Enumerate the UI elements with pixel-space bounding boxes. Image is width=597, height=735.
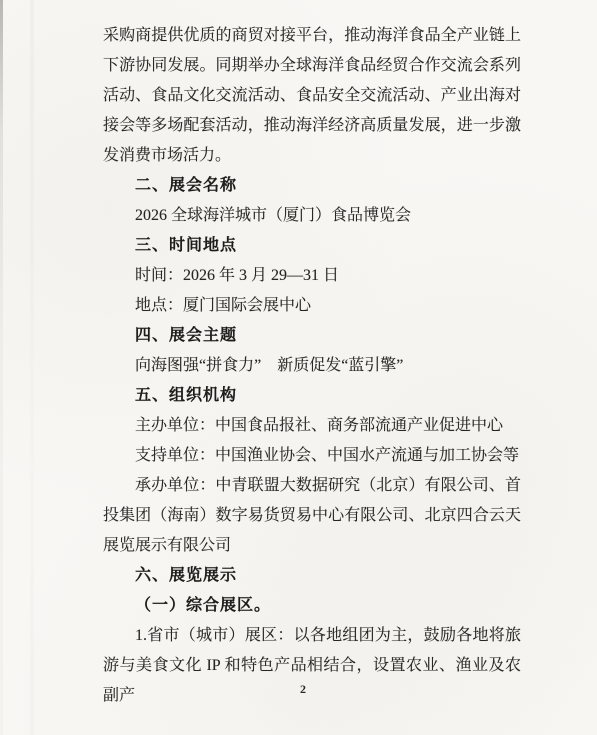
exhibition-name-line: 2026 全球海洋城市（厦门）食品博览会 xyxy=(103,201,521,231)
section-heading-exhibition-name: 二、展会名称 xyxy=(103,171,521,201)
document-page: 采购商提供优质的商贸对接平台，推动海洋食品全产业链上下游协同发展。同期举办全球海… xyxy=(0,0,597,735)
section-heading-exhibition-display: 六、展览展示 xyxy=(103,561,521,591)
subsection-heading-comprehensive-zone: （一）综合展区。 xyxy=(103,591,521,621)
paragraph-continuation: 采购商提供优质的商贸对接平台，推动海洋食品全产业链上下游协同发展。同期举办全球海… xyxy=(103,21,521,171)
organizer-line: 主办单位：中国食品报社、商务部流通产业促进中心 xyxy=(103,411,521,441)
page-number: 2 xyxy=(103,682,503,697)
time-line: 时间：2026 年 3 月 29—31 日 xyxy=(103,261,521,291)
supporter-line: 支持单位：中国渔业协会、中国水产流通与加工协会等 xyxy=(103,441,521,471)
place-line: 地点：厦门国际会展中心 xyxy=(103,291,521,321)
undertaker-paragraph: 承办单位：中青联盟大数据研究（北京）有限公司、首投集团（海南）数字易货贸易中心有… xyxy=(103,471,521,561)
theme-line: 向海图强“拼食力” 新质促发“蓝引擎” xyxy=(103,351,521,381)
section-heading-time-place: 三、时间地点 xyxy=(103,231,521,261)
section-heading-organization: 五、组织机构 xyxy=(103,381,521,411)
section-heading-theme: 四、展会主题 xyxy=(103,321,521,351)
province-city-zone-paragraph: 1.省市（城市）展区：以各地组团为主，鼓励各地将旅游与美食文化 IP 和特色产品… xyxy=(103,621,521,711)
document-body: 采购商提供优质的商贸对接平台，推动海洋食品全产业链上下游协同发展。同期举办全球海… xyxy=(103,21,521,711)
